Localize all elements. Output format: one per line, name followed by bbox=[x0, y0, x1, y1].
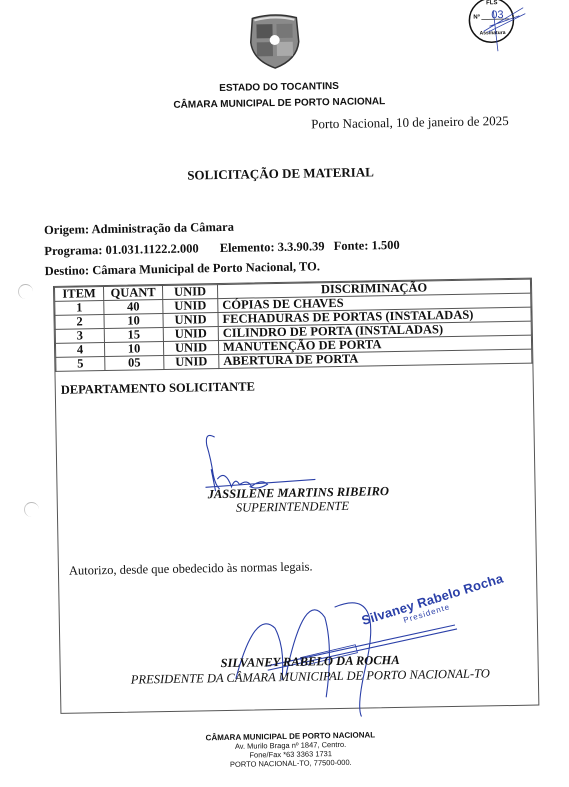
cell-unid: UNID bbox=[163, 341, 218, 356]
programa-value: 01.031.1122.2.000 bbox=[105, 241, 198, 257]
cell-quant: 40 bbox=[104, 300, 163, 315]
fonte-label: Fonte: bbox=[334, 238, 369, 253]
cell-quant: 15 bbox=[104, 328, 163, 343]
request-box: ITEM QUANT UNID DISCRIMINAÇÃO 1 40 UNID … bbox=[53, 278, 539, 714]
cell-unid: UNID bbox=[164, 355, 219, 370]
cell-item: 4 bbox=[55, 343, 104, 358]
cell-item: 1 bbox=[55, 301, 104, 316]
punch-hole-mark bbox=[18, 284, 33, 299]
cell-unid: UNID bbox=[163, 327, 218, 342]
svg-text:Nº: Nº bbox=[473, 14, 480, 20]
destino-value: Câmara Municipal de Porto Nacional, TO. bbox=[92, 259, 320, 277]
header-quant: QUANT bbox=[103, 286, 162, 301]
destino-line: Destino: Câmara Municipal de Porto Nacio… bbox=[45, 259, 320, 279]
header-unid: UNID bbox=[162, 285, 217, 300]
cell-quant: 10 bbox=[104, 314, 163, 329]
cell-item: 2 bbox=[55, 315, 104, 330]
coat-of-arms-icon bbox=[244, 12, 305, 71]
cell-quant: 05 bbox=[105, 356, 164, 371]
punch-hole-mark bbox=[24, 502, 39, 517]
destino-label: Destino: bbox=[45, 263, 90, 278]
fonte-value: 1.500 bbox=[371, 238, 399, 252]
date-line: Porto Nacional, 10 de janeiro de 2025 bbox=[311, 113, 509, 132]
origem-label: Origem: bbox=[44, 222, 89, 237]
cell-quant: 10 bbox=[104, 342, 163, 357]
authorization-text: Autorizo, desde que obedecido às normas … bbox=[69, 559, 313, 578]
svg-text:Assinatura: Assinatura bbox=[480, 30, 506, 36]
page-number-stamp: FLS Nº 03 Assinatura bbox=[453, 0, 534, 55]
cell-unid: UNID bbox=[163, 313, 218, 328]
requester-role: SUPERINTENDENTE bbox=[236, 499, 349, 516]
document-page: FLS Nº 03 Assinatura ESTADO DO TOCANTINS… bbox=[0, 0, 569, 787]
header-item: ITEM bbox=[55, 287, 104, 302]
origem-value: Administração da Câmara bbox=[91, 220, 234, 236]
svg-text:FLS: FLS bbox=[486, 0, 497, 6]
cell-item: 5 bbox=[56, 357, 105, 372]
origem-line: Origem: Administração da Câmara bbox=[44, 220, 234, 238]
elemento-value: 3.3.90.39 bbox=[278, 239, 325, 254]
document-title: SOLICITAÇÃO DE MATERIAL bbox=[0, 161, 565, 187]
cell-item: 3 bbox=[55, 329, 104, 344]
footer: CÂMARA MUNICIPAL DE PORTO NACIONAL Av. M… bbox=[6, 727, 569, 773]
elemento-label: Elemento: bbox=[220, 240, 275, 255]
department-label: DEPARTAMENTO SOLICITANTE bbox=[61, 379, 255, 397]
programa-label: Programa: bbox=[44, 243, 102, 258]
items-table: ITEM QUANT UNID DISCRIMINAÇÃO 1 40 UNID … bbox=[54, 279, 532, 372]
programa-line: Programa: 01.031.1122.2.000 Elemento: 3.… bbox=[44, 238, 400, 259]
cell-unid: UNID bbox=[163, 299, 218, 314]
